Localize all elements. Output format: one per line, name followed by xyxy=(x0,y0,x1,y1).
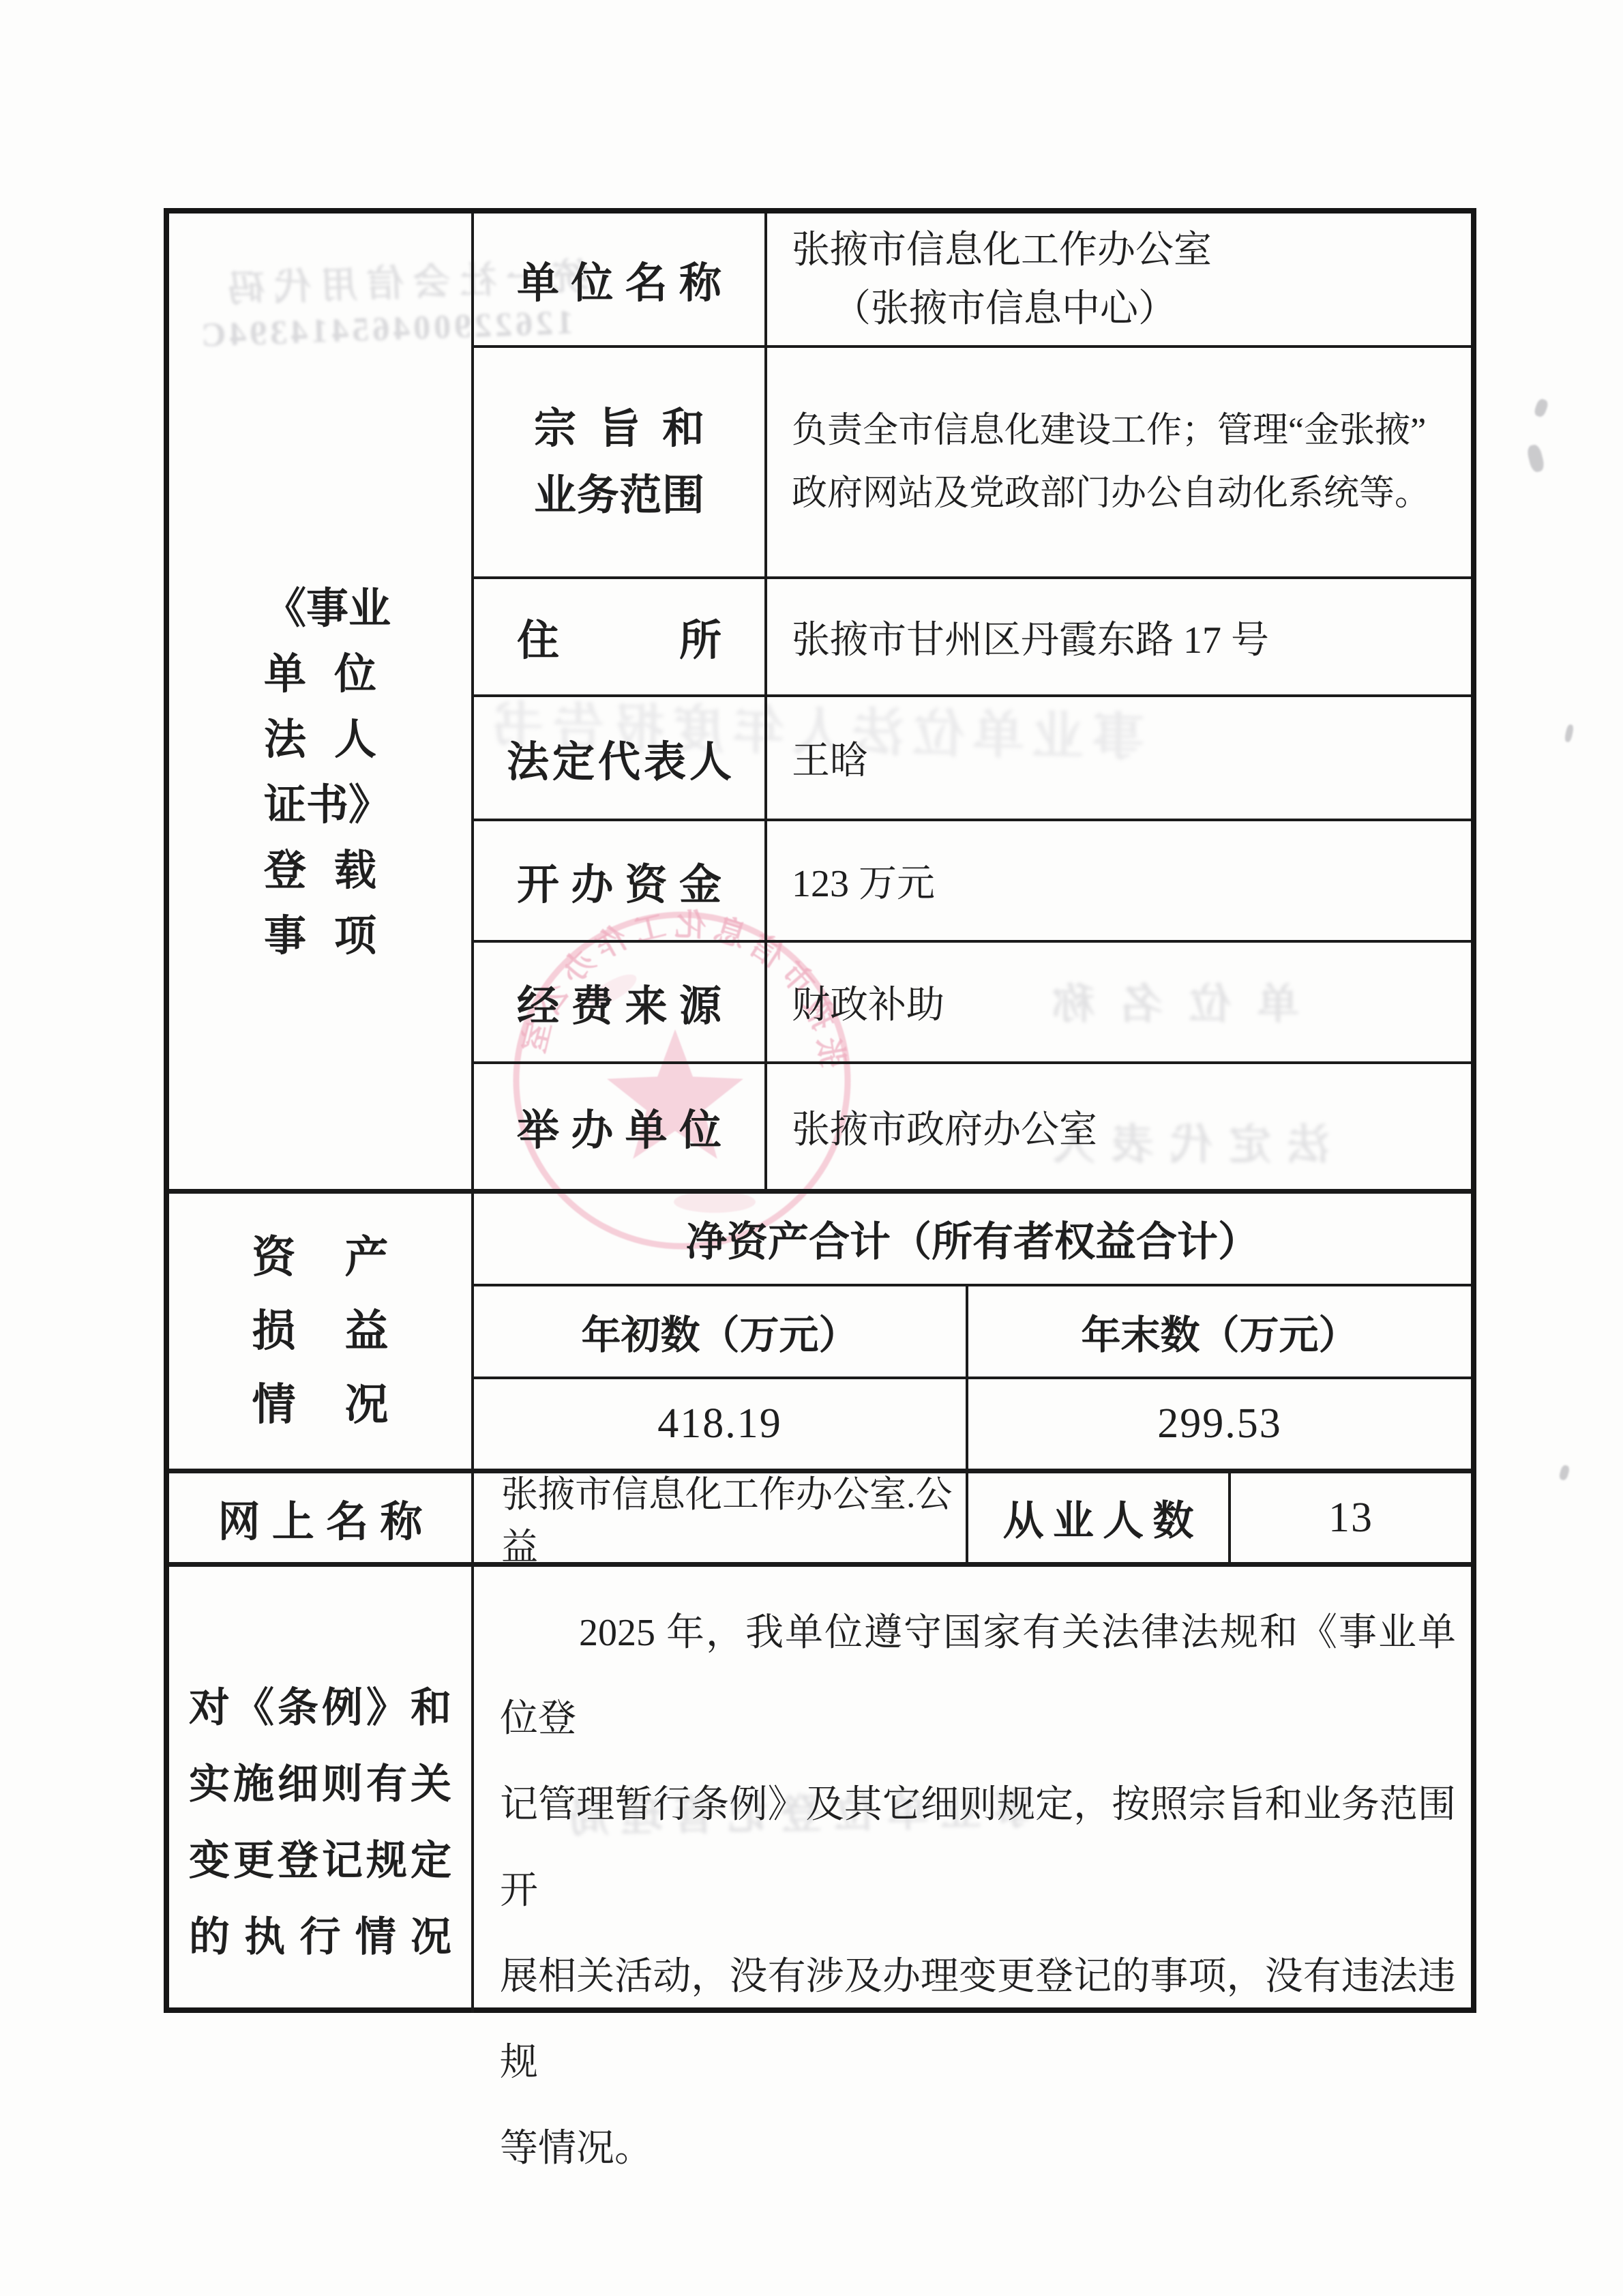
mission-scope-value-cell: 负责全市信息化建设工作；管理“金张掖” 政府网站及党政部门办公自动化系统等。 xyxy=(767,348,1471,579)
unit-name-value-line1: 张掖市信息化工作办公室 xyxy=(792,221,1212,280)
funding-source-value: 财政补助 xyxy=(792,975,944,1029)
legal-representative-label-cell: 法定代表人 xyxy=(474,697,767,821)
funding-source-label-cell: 经费来源 xyxy=(474,943,767,1064)
online-name-value: 张掖市信息化工作办公室.公益 xyxy=(501,1465,966,1570)
sponsor-unit-label: 举办单位 xyxy=(517,1096,721,1157)
sponsor-unit-value-cell: 张掖市政府办公室 xyxy=(767,1064,1471,1194)
staff-count-label: 从业人数 xyxy=(1003,1488,1194,1547)
initial-fund-label: 开办资金 xyxy=(517,851,721,911)
funding-source-label: 经费来源 xyxy=(517,972,721,1033)
initial-fund-value-cell: 123 万元 xyxy=(767,821,1471,943)
annual-report-table: 《事业单位法人证书》登载事项 单位名称 张掖市信息化工作办公室 （张掖市信息中心… xyxy=(164,208,1476,2013)
online-name-label: 网上名称 xyxy=(218,1488,423,1548)
mission-scope-label-cell: 宗旨和业务范围 xyxy=(474,348,767,579)
unit-name-value-cell: 张掖市信息化工作办公室 （张掖市信息中心） xyxy=(767,214,1471,348)
address-label: 住所 xyxy=(517,606,721,667)
assets-section-header-cell: 资产损益情况 xyxy=(169,1194,474,1473)
legal-representative-label: 法定代表人 xyxy=(507,728,732,789)
address-value: 张掖市甘州区丹霞东路 17 号 xyxy=(792,610,1269,664)
year-end-value-cell: 299.53 xyxy=(968,1379,1471,1473)
scan-speck xyxy=(1525,443,1545,473)
certificate-items-header: 《事业单位法人证书》登载事项 xyxy=(264,576,376,969)
initial-fund-value: 123 万元 xyxy=(792,853,935,908)
mission-scope-value: 负责全市信息化建设工作；管理“金张掖” 政府网站及党政部门办公自动化系统等。 xyxy=(767,400,1430,525)
legal-representative-value-cell: 王晗 xyxy=(767,697,1471,821)
online-name-value-cell: 张掖市信息化工作办公室.公益 xyxy=(474,1473,968,1567)
funding-source-value-cell: 财政补助 xyxy=(767,943,1471,1064)
initial-fund-label-cell: 开办资金 xyxy=(474,821,767,943)
year-start-header-cell: 年初数（万元） xyxy=(474,1286,968,1379)
address-label-cell: 住所 xyxy=(474,579,767,697)
certificate-items-header-cell: 《事业单位法人证书》登载事项 xyxy=(169,214,474,1194)
scanned-annual-report-page: { "table": { "certificate": { "header_li… xyxy=(0,0,1623,2296)
year-start-value: 418.19 xyxy=(657,1400,782,1448)
online-name-label-cell: 网上名称 xyxy=(169,1473,474,1567)
compliance-header: 对《条例》和实施细则有关变更登记规定的执行情况 xyxy=(189,1670,451,1975)
unit-name-value-line2: （张掖市信息中心） xyxy=(833,280,1176,338)
compliance-statement-cell: 2025 年，我单位遵守国家有关法律法规和《事业单位登 记管理暂行条例》及其它细… xyxy=(474,1567,1471,2013)
compliance-header-cell: 对《条例》和实施细则有关变更登记规定的执行情况 xyxy=(169,1567,474,2013)
staff-count-value: 13 xyxy=(1328,1494,1373,1542)
assets-section-header: 资产损益情况 xyxy=(252,1221,389,1442)
scan-speck xyxy=(1564,724,1574,743)
year-start-header: 年初数（万元） xyxy=(581,1303,858,1360)
year-start-value-cell: 418.19 xyxy=(474,1379,968,1473)
mission-scope-label: 宗旨和业务范围 xyxy=(534,396,704,529)
staff-count-label-cell: 从业人数 xyxy=(968,1473,1231,1567)
year-end-header: 年末数（万元） xyxy=(1081,1303,1358,1360)
year-end-header-cell: 年末数（万元） xyxy=(968,1286,1471,1379)
year-end-value: 299.53 xyxy=(1157,1400,1282,1448)
scan-speck xyxy=(1533,398,1549,418)
unit-name-label: 单位名称 xyxy=(517,249,721,310)
address-value-cell: 张掖市甘州区丹霞东路 17 号 xyxy=(767,579,1471,697)
net-assets-title-cell: 净资产合计（所有者权益合计） xyxy=(474,1194,1471,1286)
legal-representative-value: 王晗 xyxy=(792,731,868,785)
net-assets-title: 净资产合计（所有者权益合计） xyxy=(686,1209,1259,1268)
sponsor-unit-value: 张掖市政府办公室 xyxy=(792,1100,1097,1154)
staff-count-value-cell: 13 xyxy=(1231,1473,1471,1567)
unit-name-label-cell: 单位名称 xyxy=(474,214,767,348)
sponsor-unit-label-cell: 举办单位 xyxy=(474,1064,767,1194)
scan-speck xyxy=(1558,1465,1570,1481)
compliance-statement: 2025 年，我单位遵守国家有关法律法规和《事业单位登 记管理暂行条例》及其它细… xyxy=(474,1567,1471,2192)
